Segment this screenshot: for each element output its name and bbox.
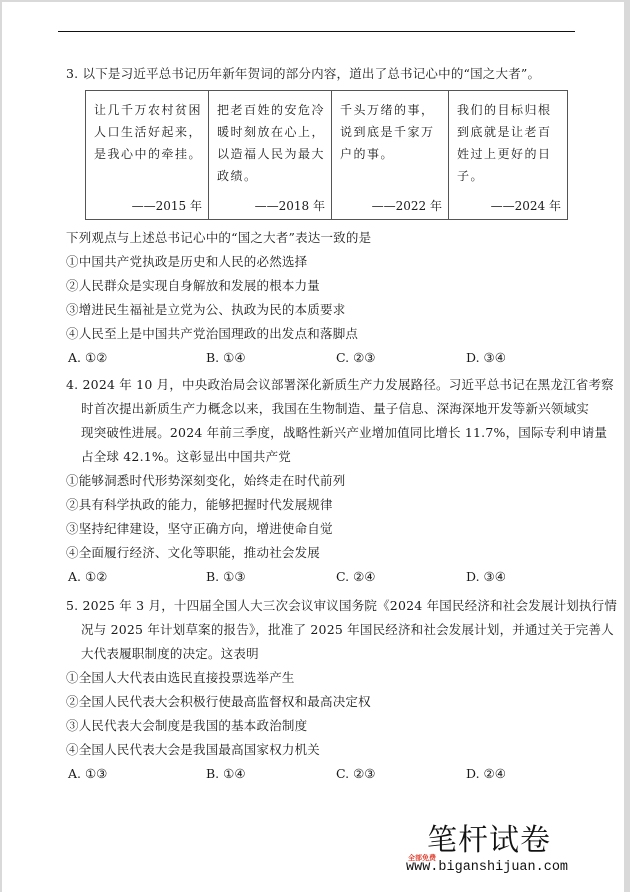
question-4-stem: 4. 2024 年 10 月，中央政治局会议部署深化新质生产力发展路径。习近平总… (66, 377, 614, 393)
quotes-table: 让几千万农村贫困人口生活好起来，是我心中的牵挂。 ——2015 年 把老百姓的安… (85, 90, 568, 220)
choice-d[interactable]: D. ③④ (466, 569, 506, 585)
choice-d[interactable]: D. ③④ (466, 350, 506, 366)
choice-b[interactable]: B. ①④ (206, 350, 246, 366)
watermark-brand: 笔杆试卷 (427, 824, 551, 858)
header-rule (58, 31, 575, 32)
statement: ③增进民生福祉是立党为公、执政为民的本质要求 (66, 302, 345, 318)
question-number: 4. (66, 377, 78, 392)
statement: ②具有科学执政的能力，能够把握时代发展规律 (66, 497, 333, 513)
quote-cell-2018: 把老百姓的安危冷暖时刻放在心上，以造福人民为最大政绩。 ——2018 年 (209, 91, 332, 220)
choice-c[interactable]: C. ②④ (336, 569, 375, 585)
question-text: 占全球 42.1%。这彰显出中国共产党 (81, 449, 291, 465)
statement: ④全国人民代表大会是我国最高国家权力机关 (66, 742, 320, 758)
question-number: 5. (66, 598, 78, 613)
statement: ③人民代表大会制度是我国的基本政治制度 (66, 718, 307, 734)
question-3-stem: 3. 以下是习近平总书记历年新年贺词的部分内容，道出了总书记心中的“国之大者”。 (66, 66, 540, 82)
statement: ④全面履行经济、文化等职能，推动社会发展 (66, 545, 320, 561)
question-text: 以下是习近平总书记历年新年贺词的部分内容，道出了总书记心中的“国之大者”。 (83, 66, 541, 81)
choice-a[interactable]: A. ①② (68, 350, 107, 366)
statement: ②全国人民代表大会积极行使最高监督权和最高决定权 (66, 694, 371, 710)
question-text: 2024 年 10 月，中央政治局会议部署深化新质生产力发展路径。习近平总书记在… (83, 377, 614, 392)
choice-a[interactable]: A. ①③ (68, 766, 107, 782)
choice-b[interactable]: B. ①④ (206, 766, 246, 782)
quote-cell-2024: 我们的目标归根到底就是让老百姓过上更好的日子。 ——2024 年 (449, 91, 568, 220)
statement: ①中国共产党执政是历史和人民的必然选择 (66, 254, 307, 270)
question-number: 3. (66, 66, 78, 81)
question-text: 时首次提出新质生产力概念以来，我国在生物制造、量子信息、深海深地开发等新兴领域实 (81, 401, 589, 417)
choice-a[interactable]: A. ①② (68, 569, 107, 585)
exam-page: 3. 以下是习近平总书记历年新年贺词的部分内容，道出了总书记心中的“国之大者”。… (2, 2, 624, 892)
question-text: 况与 2025 年计划草案的报告》，批准了 2025 年国民经济和社会发展计划，… (81, 622, 614, 638)
choice-b[interactable]: B. ①③ (206, 569, 246, 585)
statement: ①全国人大代表由选民直接投票选举产生 (66, 670, 295, 686)
statement: ②人民群众是实现自身解放和发展的根本力量 (66, 278, 320, 294)
statement: ①能够洞悉时代形势深刻变化，始终走在时代前列 (66, 473, 345, 489)
choice-c[interactable]: C. ②③ (336, 350, 375, 366)
quote-cell-2022: 千头万绪的事，说到底是千家万户的事。 ——2022 年 (332, 91, 449, 220)
watermark-url[interactable]: www.biganshijuan.com (406, 860, 568, 875)
question-text: 大代表履职制度的决定。这表明 (81, 646, 259, 662)
choice-d[interactable]: D. ②④ (466, 766, 506, 782)
question-3-prompt: 下列观点与上述总书记心中的“国之大者”表达一致的是 (66, 230, 371, 246)
question-5-stem: 5. 2025 年 3 月，十四届全国人大三次会议审议国务院《2024 年国民经… (66, 598, 617, 614)
quote-cell-2015: 让几千万农村贫困人口生活好起来，是我心中的牵挂。 ——2015 年 (86, 91, 209, 220)
question-text: 现突破性进展。2024 年前三季度，战略性新兴产业增加值同比增长 11.7%，国… (81, 425, 607, 441)
choice-c[interactable]: C. ②③ (336, 766, 375, 782)
statement: ③坚持纪律建设，坚守正确方向，增进使命自觉 (66, 521, 333, 537)
question-text: 2025 年 3 月，十四届全国人大三次会议审议国务院《2024 年国民经济和社… (83, 598, 618, 613)
statement: ④人民至上是中国共产党治国理政的出发点和落脚点 (66, 326, 358, 342)
